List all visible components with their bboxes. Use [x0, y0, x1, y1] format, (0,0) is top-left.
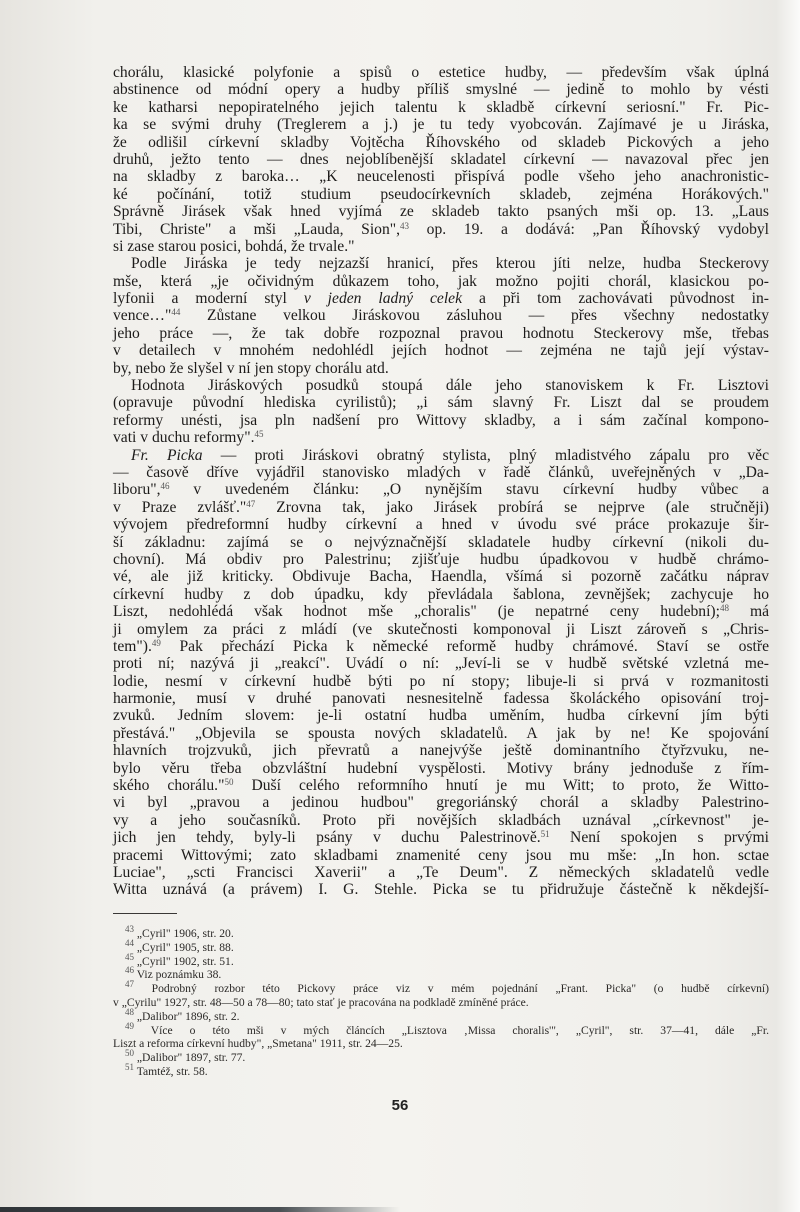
text-line: ke katharsi nepopiratelného jejich talen…: [113, 99, 769, 116]
text-line: vi byl „pravou a jedinou hudbou" gregori…: [113, 794, 769, 811]
text-line: Tibi, Christe" a mši „Lauda, Sion",43 op…: [113, 221, 769, 238]
text-line: vy a jeho současníků. Proto při novějšíc…: [113, 812, 769, 829]
text-line: reformy unésti, jsa pln nadšení pro Witt…: [113, 412, 769, 429]
footnote-reference[interactable]: 47: [246, 499, 255, 509]
footnote-reference[interactable]: 46: [161, 481, 170, 491]
text-line: jich jen tehdy, byly-li psány v duchu Pa…: [113, 829, 769, 846]
text-line: ji omylem za práci z mládí (ve skutečnos…: [113, 621, 769, 638]
text-line: ka se svými druhy (Treglerem a j.) je tu…: [113, 116, 769, 133]
text-line: — časově dříve vyjádřil stanovisko mladý…: [113, 464, 769, 481]
text-line: že odlišil církevní skladby Vojtěcha Říh…: [113, 134, 769, 151]
text-line: vé, ale již kriticky. Obdivuje Bacha, Ha…: [113, 568, 769, 585]
footnote-48: 48 „Dalibor" 1896, str. 2.: [113, 1010, 769, 1024]
scan-edge-shadow: [0, 1207, 400, 1212]
text-line: na skladby z baroka… „K neucelenosti při…: [113, 168, 769, 185]
main-body-text: chorálu, klasické polyfonie a spisů o es…: [113, 64, 769, 899]
footnote-46: 46 Viz poznámku 38.: [113, 968, 769, 982]
text-line: proti ní; nazývá ji „reakcí". Uvádí o ní…: [113, 655, 769, 672]
footnote-49-continuation: Liszt a reforma církevní hudby", „Smetan…: [113, 1037, 769, 1051]
text-line: Luciae", „scti Francisci Xaverii" a „Te …: [113, 864, 769, 881]
footnote-47: 47 Podrobný rozbor této Pickovy práce vi…: [113, 982, 769, 996]
text-line: abstinence od módní opery a hudby příliš…: [113, 81, 769, 98]
footnote-51: 51 Tamtéž, str. 58.: [113, 1065, 769, 1079]
text-line: chovní). Má obdiv pro Palestrinu; zjišťu…: [113, 551, 769, 568]
footnote-49: 49 Více o této mši v mých článcích „Lisz…: [113, 1024, 769, 1038]
text-line: v detailech v mnohém nedohlédl jejích ho…: [113, 342, 769, 359]
text-line: liboru",46 v uvedeném článku: „O nynější…: [113, 481, 769, 498]
text-line: druhů, ježto tento — dnes nejoblíbenější…: [113, 151, 769, 168]
text-line: Podle Jiráska je tedy nejzazší hranicí, …: [113, 255, 769, 272]
text-line: Správně Jirásek však hned vyjímá ze skla…: [113, 203, 769, 220]
scanned-book-page: chorálu, klasické polyfonie a spisů o es…: [0, 0, 800, 1212]
text-line: si zase starou posici, bohdá, že trvale.…: [113, 238, 769, 255]
footnote-44: 44 „Cyril" 1905, str. 88.: [113, 941, 769, 955]
text-line: by, nebo že slyšel v ní jen stopy chorál…: [113, 360, 769, 377]
footnote-separator-rule: [113, 913, 177, 914]
text-line: harmonie, musí v druhé panovati nesnesit…: [113, 690, 769, 707]
footnote-50: 50 „Dalibor" 1897, str. 77.: [113, 1051, 769, 1065]
text-line: lyfonii a moderní styl v jeden ladný cel…: [113, 290, 769, 307]
text-line: v Praze zvlášť."47 Zrovna tak, jako Jirá…: [113, 499, 769, 516]
text-line: Fr. Picka — proti Jiráskovi obratný styl…: [113, 447, 769, 464]
footnote-45: 45 „Cyril" 1902, str. 51.: [113, 955, 769, 969]
italic-emphasis: v jeden ladný celek: [304, 290, 462, 307]
text-line: ké počínání, totiž studium pseudocírkevn…: [113, 186, 769, 203]
text-line: ského chorálu."50 Duší celého reformního…: [113, 777, 769, 794]
footnote-reference[interactable]: 49: [152, 638, 161, 648]
text-line: pracemi Wittovými; zato skladbami znamen…: [113, 847, 769, 864]
text-line: (opravuje původní hlediska cyrilistů); „…: [113, 394, 769, 411]
text-line: Hodnota Jiráskových posudků stoupá dále …: [113, 377, 769, 394]
footnote-reference[interactable]: 45: [254, 429, 263, 439]
text-line: tem").49 Pak přechází Picka k německé re…: [113, 638, 769, 655]
text-line: Witta uznává (a právem) I. G. Stehle. Pi…: [113, 881, 769, 898]
text-line: zvuků. Jedním slovem: je-li ostatní hudb…: [113, 707, 769, 724]
footnote-reference[interactable]: 43: [400, 221, 409, 231]
footnotes-section: 43 „Cyril" 1906, str. 20.44 „Cyril" 1905…: [113, 927, 769, 1079]
footnote-47-continuation: v „Cyrilu" 1927, str. 48—50 a 78—80; tat…: [113, 996, 769, 1010]
text-line: vence…"44 Zůstane velkou Jiráskovou zásl…: [113, 307, 769, 324]
text-line: ší základnu: zajímá se o nejvýznačnější …: [113, 534, 769, 551]
text-line: vývojem předreformní hudby církevní a hn…: [113, 516, 769, 533]
text-line: bylo věru třeba obzvláštní hudební vyspě…: [113, 760, 769, 777]
footnote-reference[interactable]: 51: [541, 829, 550, 839]
text-line: Liszt, nedohlédá však hodnot mše „choral…: [113, 603, 769, 620]
text-line: jeho práce —, že tak dobře rozpoznal pra…: [113, 325, 769, 342]
text-line: přestává." „Objevila se spousta nových s…: [113, 725, 769, 742]
text-line: hlavních trojzvuků, jich převratů a nane…: [113, 742, 769, 759]
text-line: vati v duchu reformy".45: [113, 429, 769, 446]
footnote-reference[interactable]: 44: [171, 307, 180, 317]
footnote-43: 43 „Cyril" 1906, str. 20.: [113, 927, 769, 941]
footnote-reference[interactable]: 48: [720, 603, 729, 613]
text-line: chorálu, klasické polyfonie a spisů o es…: [113, 64, 769, 81]
text-line: lodie, nesmí v církevní hudbě býti po ní…: [113, 673, 769, 690]
text-line: církevní hudby z dob úpadku, kdy převlád…: [113, 586, 769, 603]
italic-emphasis: Fr. Picka: [131, 447, 203, 464]
page-number: 56: [0, 1097, 800, 1114]
text-line: mše, která „je očividným důkazem toho, j…: [113, 273, 769, 290]
